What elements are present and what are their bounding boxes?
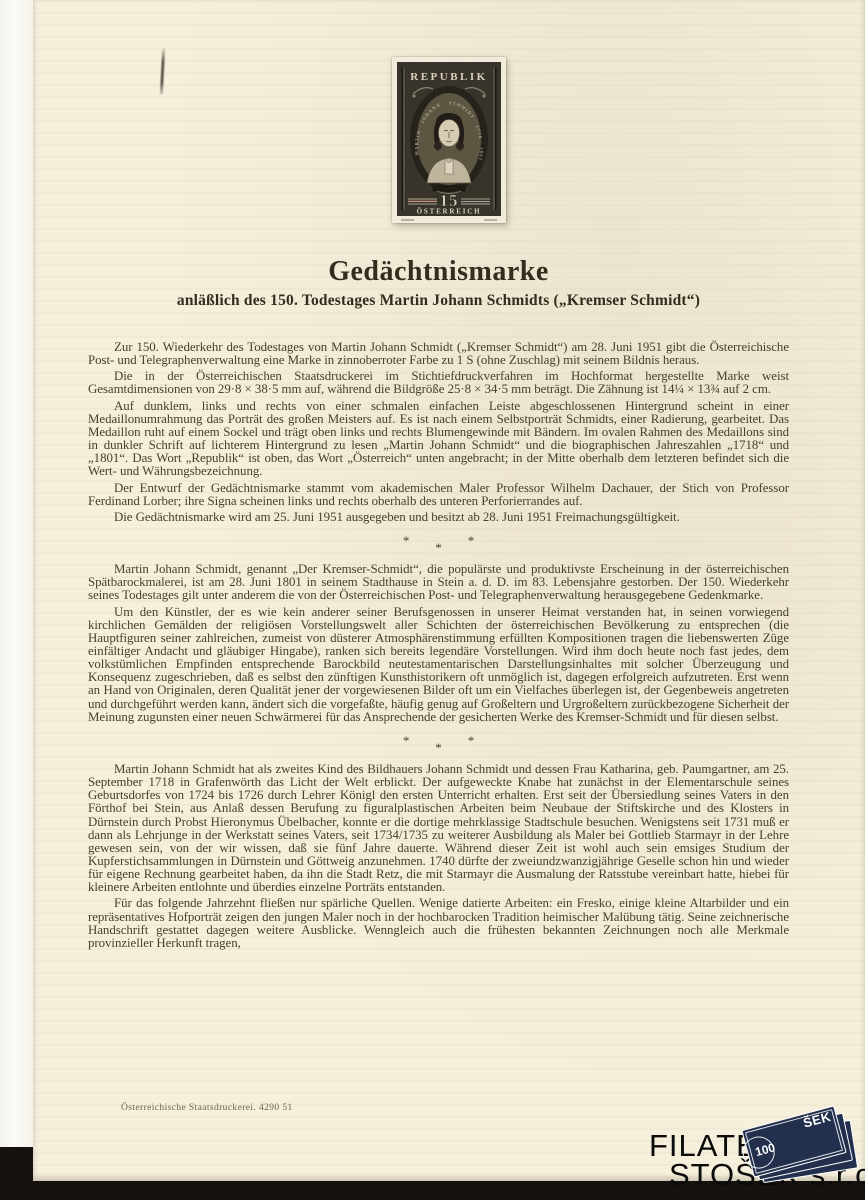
stamp-engraving: REPUBLIK MARTIN · JOHANN · SCHMIDT · 171…	[397, 62, 501, 216]
postage-stamp: REPUBLIK MARTIN · JOHANN · SCHMIDT · 171…	[392, 57, 506, 223]
asterisk: *	[403, 734, 409, 747]
scan-left-edge	[0, 0, 33, 1147]
paragraph-biography-decade: Für das folgende Jahrzehnt fließen nur s…	[88, 897, 789, 950]
paragraph-dimensions: Die in der Österreichischen Staatsdrucke…	[88, 370, 789, 396]
engraver-signature-right	[484, 219, 497, 221]
stamp-country-bottom: ÖSTERREICH	[417, 208, 482, 216]
asterisk-separator: ***	[88, 734, 789, 754]
document-header: Gedächtnismarke anläßlich des 150. Todes…	[88, 256, 789, 310]
paragraph-design-description: Auf dunklem, links und rechts von einer …	[88, 400, 789, 479]
asterisk: *	[468, 534, 474, 547]
page-subtitle: anläßlich des 150. Todestages Martin Joh…	[88, 292, 789, 310]
asterisk: *	[435, 541, 441, 554]
paragraph-artist-intro: Martin Johann Schmidt, genannt „Der Krem…	[88, 563, 789, 602]
staple-mark	[160, 48, 165, 95]
paragraph-issue-announcement: Zur 150. Wiederkehr des Todestages von M…	[88, 341, 789, 367]
paragraph-biography-early: Martin Johann Schmidt hat als zweites Ki…	[88, 763, 789, 895]
paragraph-artist-reception: Um den Künstler, der es wie kein anderer…	[88, 606, 789, 724]
asterisk: *	[435, 741, 441, 754]
engraver-signature-left	[401, 219, 414, 221]
paragraph-designers: Der Entwurf der Gedächtnismarke stammt v…	[88, 482, 789, 508]
page-title: Gedächtnismarke	[88, 256, 789, 288]
asterisk-separator: ***	[88, 534, 789, 554]
imprint-line: Österreichische Staatsdruckerei. 4290 51	[121, 1103, 293, 1113]
asterisk: *	[468, 734, 474, 747]
document-page: REPUBLIK MARTIN · JOHANN · SCHMIDT · 171…	[33, 0, 865, 1181]
document-body: Zur 150. Wiederkehr des Todestages von M…	[88, 341, 789, 953]
asterisk: *	[403, 534, 409, 547]
stamp-country-top: REPUBLIK	[410, 71, 487, 83]
paragraph-issue-date: Die Gedächtnismarke wird am 25. Juni 195…	[88, 511, 789, 524]
